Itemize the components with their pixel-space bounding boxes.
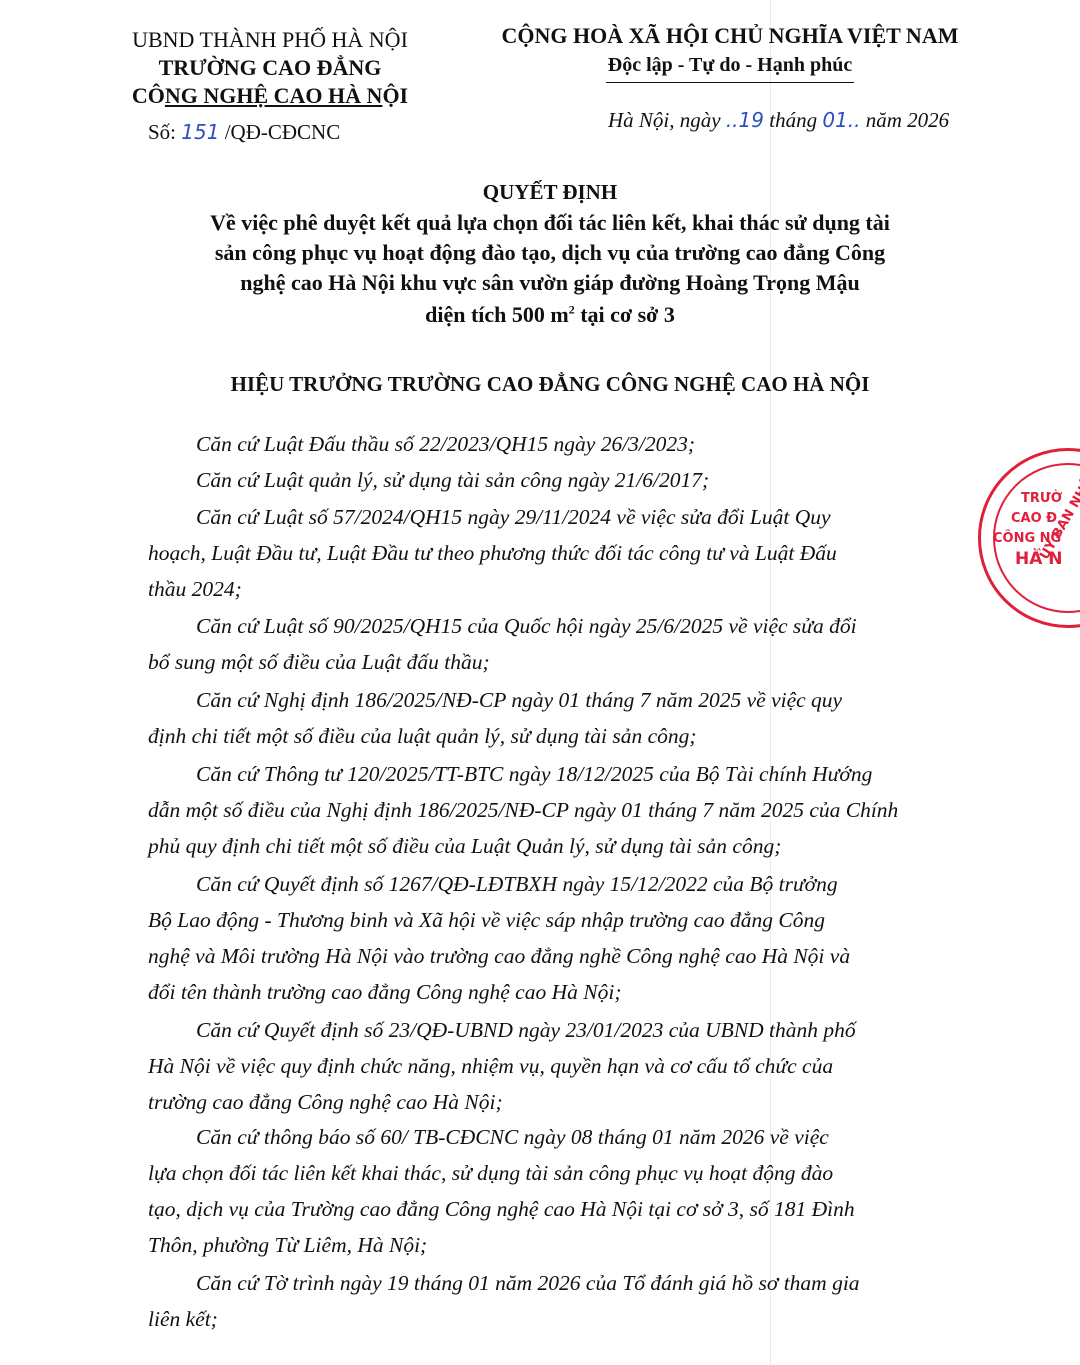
legal-basis-line: định chi tiết một số điều của luật quản …	[148, 724, 697, 749]
seal-line: CÔNG NG	[993, 531, 1061, 546]
legal-basis-line: Căn cứ thông báo số 60/ TB-CĐCNC ngày 08…	[196, 1125, 829, 1150]
legal-bases: Căn cứ Luật Đấu thầu số 22/2023/QH15 ngà…	[148, 0, 970, 1365]
legal-basis-line: Thôn, phường Từ Liêm, Hà Nội;	[148, 1233, 427, 1258]
legal-basis-line: Căn cứ Quyết định số 23/QĐ-UBND ngày 23/…	[196, 1018, 856, 1043]
legal-basis-line: Căn cứ Tờ trình ngày 19 tháng 01 năm 202…	[196, 1271, 860, 1296]
legal-basis-line: bổ sung một số điều của Luật đấu thầu;	[148, 650, 490, 675]
legal-basis-line: dẫn một số điều của Nghị định 186/2025/N…	[148, 798, 898, 823]
legal-basis-line: Bộ Lao động - Thương binh và Xã hội về v…	[148, 908, 825, 933]
seal-line: TRƯỜ	[1021, 491, 1062, 506]
legal-basis-line: Căn cứ Luật Đấu thầu số 22/2023/QH15 ngà…	[196, 432, 695, 457]
legal-basis-line: Căn cứ Thông tư 120/2025/TT-BTC ngày 18/…	[196, 762, 872, 787]
official-seal: ỦY BAN NHÂN DÂN TRƯỜ CAO Đ CÔNG NG HÀ N	[978, 448, 1080, 628]
legal-basis-line: Căn cứ Quyết định số 1267/QĐ-LĐTBXH ngày…	[196, 872, 838, 897]
legal-basis-line: đổi tên thành trường cao đẳng Công nghệ …	[148, 980, 621, 1005]
legal-basis-line: tạo, dịch vụ của Trường cao đẳng Công ng…	[148, 1197, 855, 1222]
legal-basis-line: Căn cứ Nghị định 186/2025/NĐ-CP ngày 01 …	[196, 688, 842, 713]
legal-basis-line: trường cao đẳng Công nghệ cao Hà Nội;	[148, 1090, 503, 1115]
legal-basis-line: Căn cứ Luật số 90/2025/QH15 của Quốc hội…	[196, 614, 857, 639]
legal-basis-line: liên kết;	[148, 1307, 218, 1332]
legal-basis-line: lựa chọn đối tác liên kết khai thác, sử …	[148, 1161, 833, 1186]
legal-basis-line: nghệ và Môi trường Hà Nội vào trường cao…	[148, 944, 850, 969]
legal-basis-line: Căn cứ Luật quản lý, sử dụng tài sản côn…	[196, 468, 709, 493]
legal-basis-line: hoạch, Luật Đầu tư, Luật Đầu tư theo phư…	[148, 541, 837, 566]
seal-line: HÀ N	[1015, 549, 1063, 569]
seal-line: CAO Đ	[1011, 511, 1057, 526]
legal-basis-line: phủ quy định chi tiết một số điều của Lu…	[148, 834, 781, 859]
legal-basis-line: Căn cứ Luật số 57/2024/QH15 ngày 29/11/2…	[196, 505, 831, 530]
legal-basis-line: thầu 2024;	[148, 577, 242, 602]
legal-basis-line: Hà Nội về việc quy định chức năng, nhiệm…	[148, 1054, 833, 1079]
